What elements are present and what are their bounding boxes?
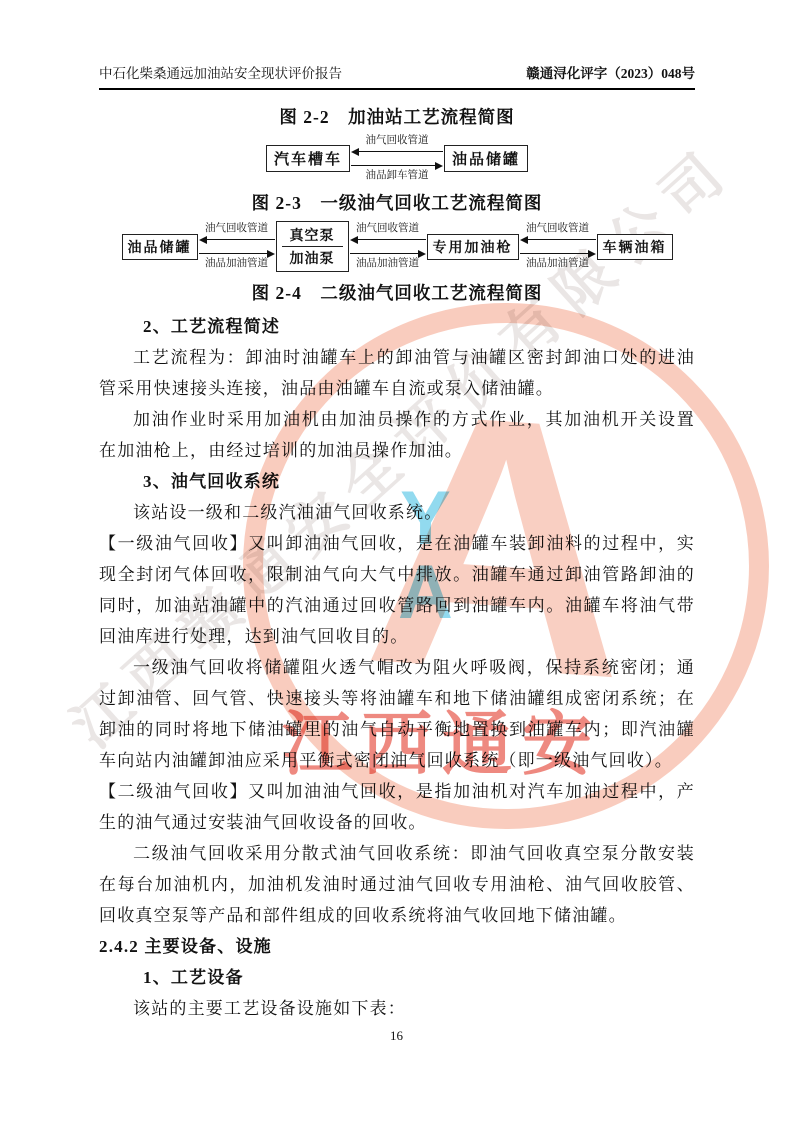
heading-main-equipment: 2.4.2 主要设备、设施 [99,931,695,962]
figure-2-2-title: 图 2-2 加油站工艺流程简图 [99,104,695,129]
paragraph-unloading-process: 工艺流程为：卸油时油罐车上的卸油管与油罐区密封卸油口处的进油管采用快速接头连接，… [99,342,695,404]
heading-process-description: 2、工艺流程简述 [99,311,695,342]
document-page: 江西赣通安全评价有限公司 YA 中石化柴桑通远加油站安全现状评价报告 赣通浔化评… [0,0,793,1122]
header-report-title: 中石化柴桑通远加油站安全现状评价报告 [99,62,342,82]
page-number: 16 [0,1028,793,1044]
vapor-recovery-pipe-label: 油气回收管道 [351,135,443,147]
diagram2-box-vehicle-tank: 车辆油箱 [597,234,673,260]
diagram2-box-nozzle: 专用加油枪 [427,234,519,260]
vapor-recovery-pipe-label: 油气回收管道 [199,223,275,235]
paragraph-equipment-table-intro: 该站的主要工艺设备设施如下表： [99,993,695,1024]
vapor-recovery-arrow-left [520,235,596,244]
paragraph-stage2-details: 二级油气回收采用分散式油气回收系统：即油气回收真空泵分散安装在每台加油机内，加油… [99,838,695,931]
vapor-recovery-pipe-label: 油气回收管道 [350,223,426,235]
body-text: 2、工艺流程简述 工艺流程为：卸油时油罐车上的卸油管与油罐区密封卸油口处的进油管… [99,311,695,1024]
oil-fueling-arrow-right [350,249,426,258]
paragraph-stage1-details: 一级油气回收将储罐阻火透气帽改为阻火呼吸阀，保持系统密闭；通过卸油管、回气管、快… [99,652,695,776]
vapor-recovery-arrow-left [199,235,275,244]
diagram2-box-storage-tank: 油品储罐 [122,234,198,260]
figure-2-3-title: 图 2-3 一级油气回收工艺流程简图 [99,190,695,215]
oil-unloading-arrow-right [351,161,443,170]
page-header: 中石化柴桑通远加油站安全现状评价报告 赣通浔化评字（2023）048号 [99,62,695,90]
diagram2-box-pumps: 真空泵 加油泵 [276,221,349,272]
vapor-recovery-arrow-left [351,147,443,156]
oil-fueling-pipe-label: 油品加油管道 [520,258,596,270]
oil-fueling-arrow-right [520,249,596,258]
header-doc-number: 赣通浔化评字（2023）048号 [526,62,695,82]
paragraph-system-overview: 该站设一级和二级汽油油气回收系统。 [99,497,695,528]
oil-fueling-pipe-label: 油品加油管道 [199,258,275,270]
diagram1-box-storage-tank: 油品储罐 [444,145,528,172]
vapor-recovery-pipe-label: 油气回收管道 [520,223,596,235]
heading-process-equipment: 1、工艺设备 [99,962,695,993]
fuel-pump-label: 加油泵 [282,247,343,269]
diagram2-connector-3: 油气回收管道 油品加油管道 [520,223,596,270]
heading-vapor-recovery-system: 3、油气回收系统 [99,466,695,497]
paragraph-stage1-definition: 【一级油气回收】又叫卸油油气回收，是在油罐车装卸油料的过程中，实现全封闭气体回收… [99,528,695,652]
diagram2-connector-1: 油气回收管道 油品加油管道 [199,223,275,270]
oil-unloading-pipe-label: 油品卸车管道 [351,170,443,182]
station-process-diagram: 汽车槽车 油气回收管道 油品卸车管道 油品储罐 [99,135,695,182]
figure-2-4-title: 图 2-4 二级油气回收工艺流程简图 [99,280,695,305]
diagram1-connector: 油气回收管道 油品卸车管道 [351,135,443,182]
diagram2-connector-2: 油气回收管道 油品加油管道 [350,223,426,270]
diagram1-box-tank-truck: 汽车槽车 [266,145,350,172]
page-content: 图 2-2 加油站工艺流程简图 汽车槽车 油气回收管道 油品卸车管道 油品储罐 … [99,96,695,1024]
oil-fueling-arrow-right [199,249,275,258]
vapor-recovery-diagram: 油品储罐 油气回收管道 油品加油管道 真空泵 加油泵 油气回收管道 油品加油管道… [99,221,695,272]
oil-fueling-pipe-label: 油品加油管道 [350,258,426,270]
vapor-recovery-arrow-left [350,235,426,244]
paragraph-fueling-operation: 加油作业时采用加油机由加油员操作的方式作业，其加油机开关设置在加油枪上，由经过培… [99,404,695,466]
paragraph-stage2-definition: 【二级油气回收】又叫加油油气回收，是指加油机对汽车加油过程中，产生的油气通过安装… [99,776,695,838]
vacuum-pump-label: 真空泵 [282,224,343,247]
